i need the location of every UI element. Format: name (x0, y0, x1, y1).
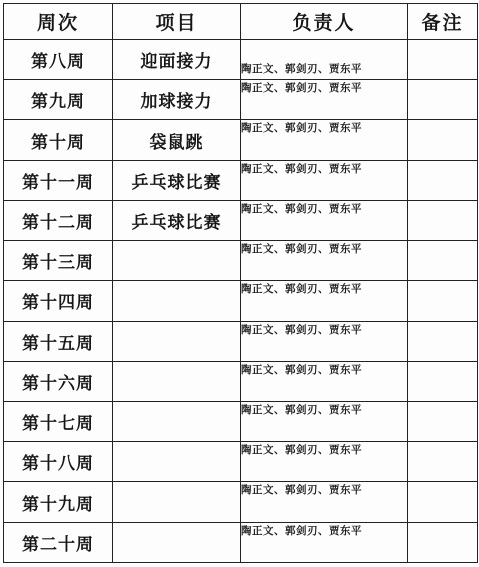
table-row: 第十二周 乒乓球比赛 陶正文、郭剑刃、贾东平 (4, 200, 478, 240)
manager-cell: 陶正文、郭剑刃、贾东平 (241, 281, 408, 321)
table-row: 第十五周 陶正文、郭剑刃、贾东平 (4, 321, 478, 361)
week-cell: 第十九周 (4, 482, 113, 522)
col-header-manager: 负责人 (241, 4, 408, 40)
table-row: 第十三周 陶正文、郭剑刃、贾东平 (4, 241, 478, 281)
activity-schedule-table: 周次 项目 负责人 备注 第八周 迎面接力 陶正文、郭剑刃、贾东平 第九周 加球… (3, 3, 478, 563)
remark-cell (408, 281, 478, 321)
week-cell: 第十一周 (4, 160, 113, 200)
week-cell: 第十六周 (4, 361, 113, 401)
remark-cell (408, 442, 478, 482)
table-row: 第八周 迎面接力 陶正文、郭剑刃、贾东平 (4, 40, 478, 80)
week-cell: 第十八周 (4, 442, 113, 482)
week-cell: 第十三周 (4, 241, 113, 281)
manager-cell: 陶正文、郭剑刃、贾东平 (241, 120, 408, 160)
table-row: 第十六周 陶正文、郭剑刃、贾东平 (4, 361, 478, 401)
project-cell: 加球接力 (113, 80, 241, 120)
manager-cell: 陶正文、郭剑刃、贾东平 (241, 80, 408, 120)
manager-cell: 陶正文、郭剑刃、贾东平 (241, 442, 408, 482)
remark-cell (408, 241, 478, 281)
project-cell (113, 321, 241, 361)
remark-cell (408, 482, 478, 522)
project-cell (113, 401, 241, 441)
manager-cell: 陶正文、郭剑刃、贾东平 (241, 200, 408, 240)
col-header-remark: 备注 (408, 4, 478, 40)
project-cell (113, 522, 241, 562)
manager-cell: 陶正文、郭剑刃、贾东平 (241, 40, 408, 80)
remark-cell (408, 200, 478, 240)
project-cell: 袋鼠跳 (113, 120, 241, 160)
remark-cell (408, 361, 478, 401)
manager-cell: 陶正文、郭剑刃、贾东平 (241, 160, 408, 200)
project-cell (113, 482, 241, 522)
table-header-row: 周次 项目 负责人 备注 (4, 4, 478, 40)
manager-cell: 陶正文、郭剑刃、贾东平 (241, 522, 408, 562)
project-cell (113, 241, 241, 281)
week-cell: 第八周 (4, 40, 113, 80)
project-cell (113, 281, 241, 321)
project-cell (113, 442, 241, 482)
remark-cell (408, 401, 478, 441)
week-cell: 第十七周 (4, 401, 113, 441)
project-cell (113, 361, 241, 401)
table-row: 第十一周 乒乓球比赛 陶正文、郭剑刃、贾东平 (4, 160, 478, 200)
manager-cell: 陶正文、郭剑刃、贾东平 (241, 241, 408, 281)
remark-cell (408, 321, 478, 361)
document-page: 周次 项目 负责人 备注 第八周 迎面接力 陶正文、郭剑刃、贾东平 第九周 加球… (0, 0, 479, 567)
manager-cell: 陶正文、郭剑刃、贾东平 (241, 482, 408, 522)
remark-cell (408, 160, 478, 200)
week-cell: 第二十周 (4, 522, 113, 562)
week-cell: 第九周 (4, 80, 113, 120)
table-row: 第十九周 陶正文、郭剑刃、贾东平 (4, 482, 478, 522)
table-row: 第十四周 陶正文、郭剑刃、贾东平 (4, 281, 478, 321)
col-header-project: 项目 (113, 4, 241, 40)
remark-cell (408, 120, 478, 160)
week-cell: 第十二周 (4, 200, 113, 240)
project-cell: 乒乓球比赛 (113, 200, 241, 240)
table-row: 第二十周 陶正文、郭剑刃、贾东平 (4, 522, 478, 562)
remark-cell (408, 80, 478, 120)
manager-cell: 陶正文、郭剑刃、贾东平 (241, 321, 408, 361)
col-header-week: 周次 (4, 4, 113, 40)
project-cell: 乒乓球比赛 (113, 160, 241, 200)
manager-cell: 陶正文、郭剑刃、贾东平 (241, 401, 408, 441)
table-row: 第十七周 陶正文、郭剑刃、贾东平 (4, 401, 478, 441)
project-cell: 迎面接力 (113, 40, 241, 80)
week-cell: 第十四周 (4, 281, 113, 321)
week-cell: 第十周 (4, 120, 113, 160)
table-row: 第九周 加球接力 陶正文、郭剑刃、贾东平 (4, 80, 478, 120)
week-cell: 第十五周 (4, 321, 113, 361)
table-row: 第十周 袋鼠跳 陶正文、郭剑刃、贾东平 (4, 120, 478, 160)
manager-cell: 陶正文、郭剑刃、贾东平 (241, 361, 408, 401)
remark-cell (408, 40, 478, 80)
remark-cell (408, 522, 478, 562)
table-row: 第十八周 陶正文、郭剑刃、贾东平 (4, 442, 478, 482)
